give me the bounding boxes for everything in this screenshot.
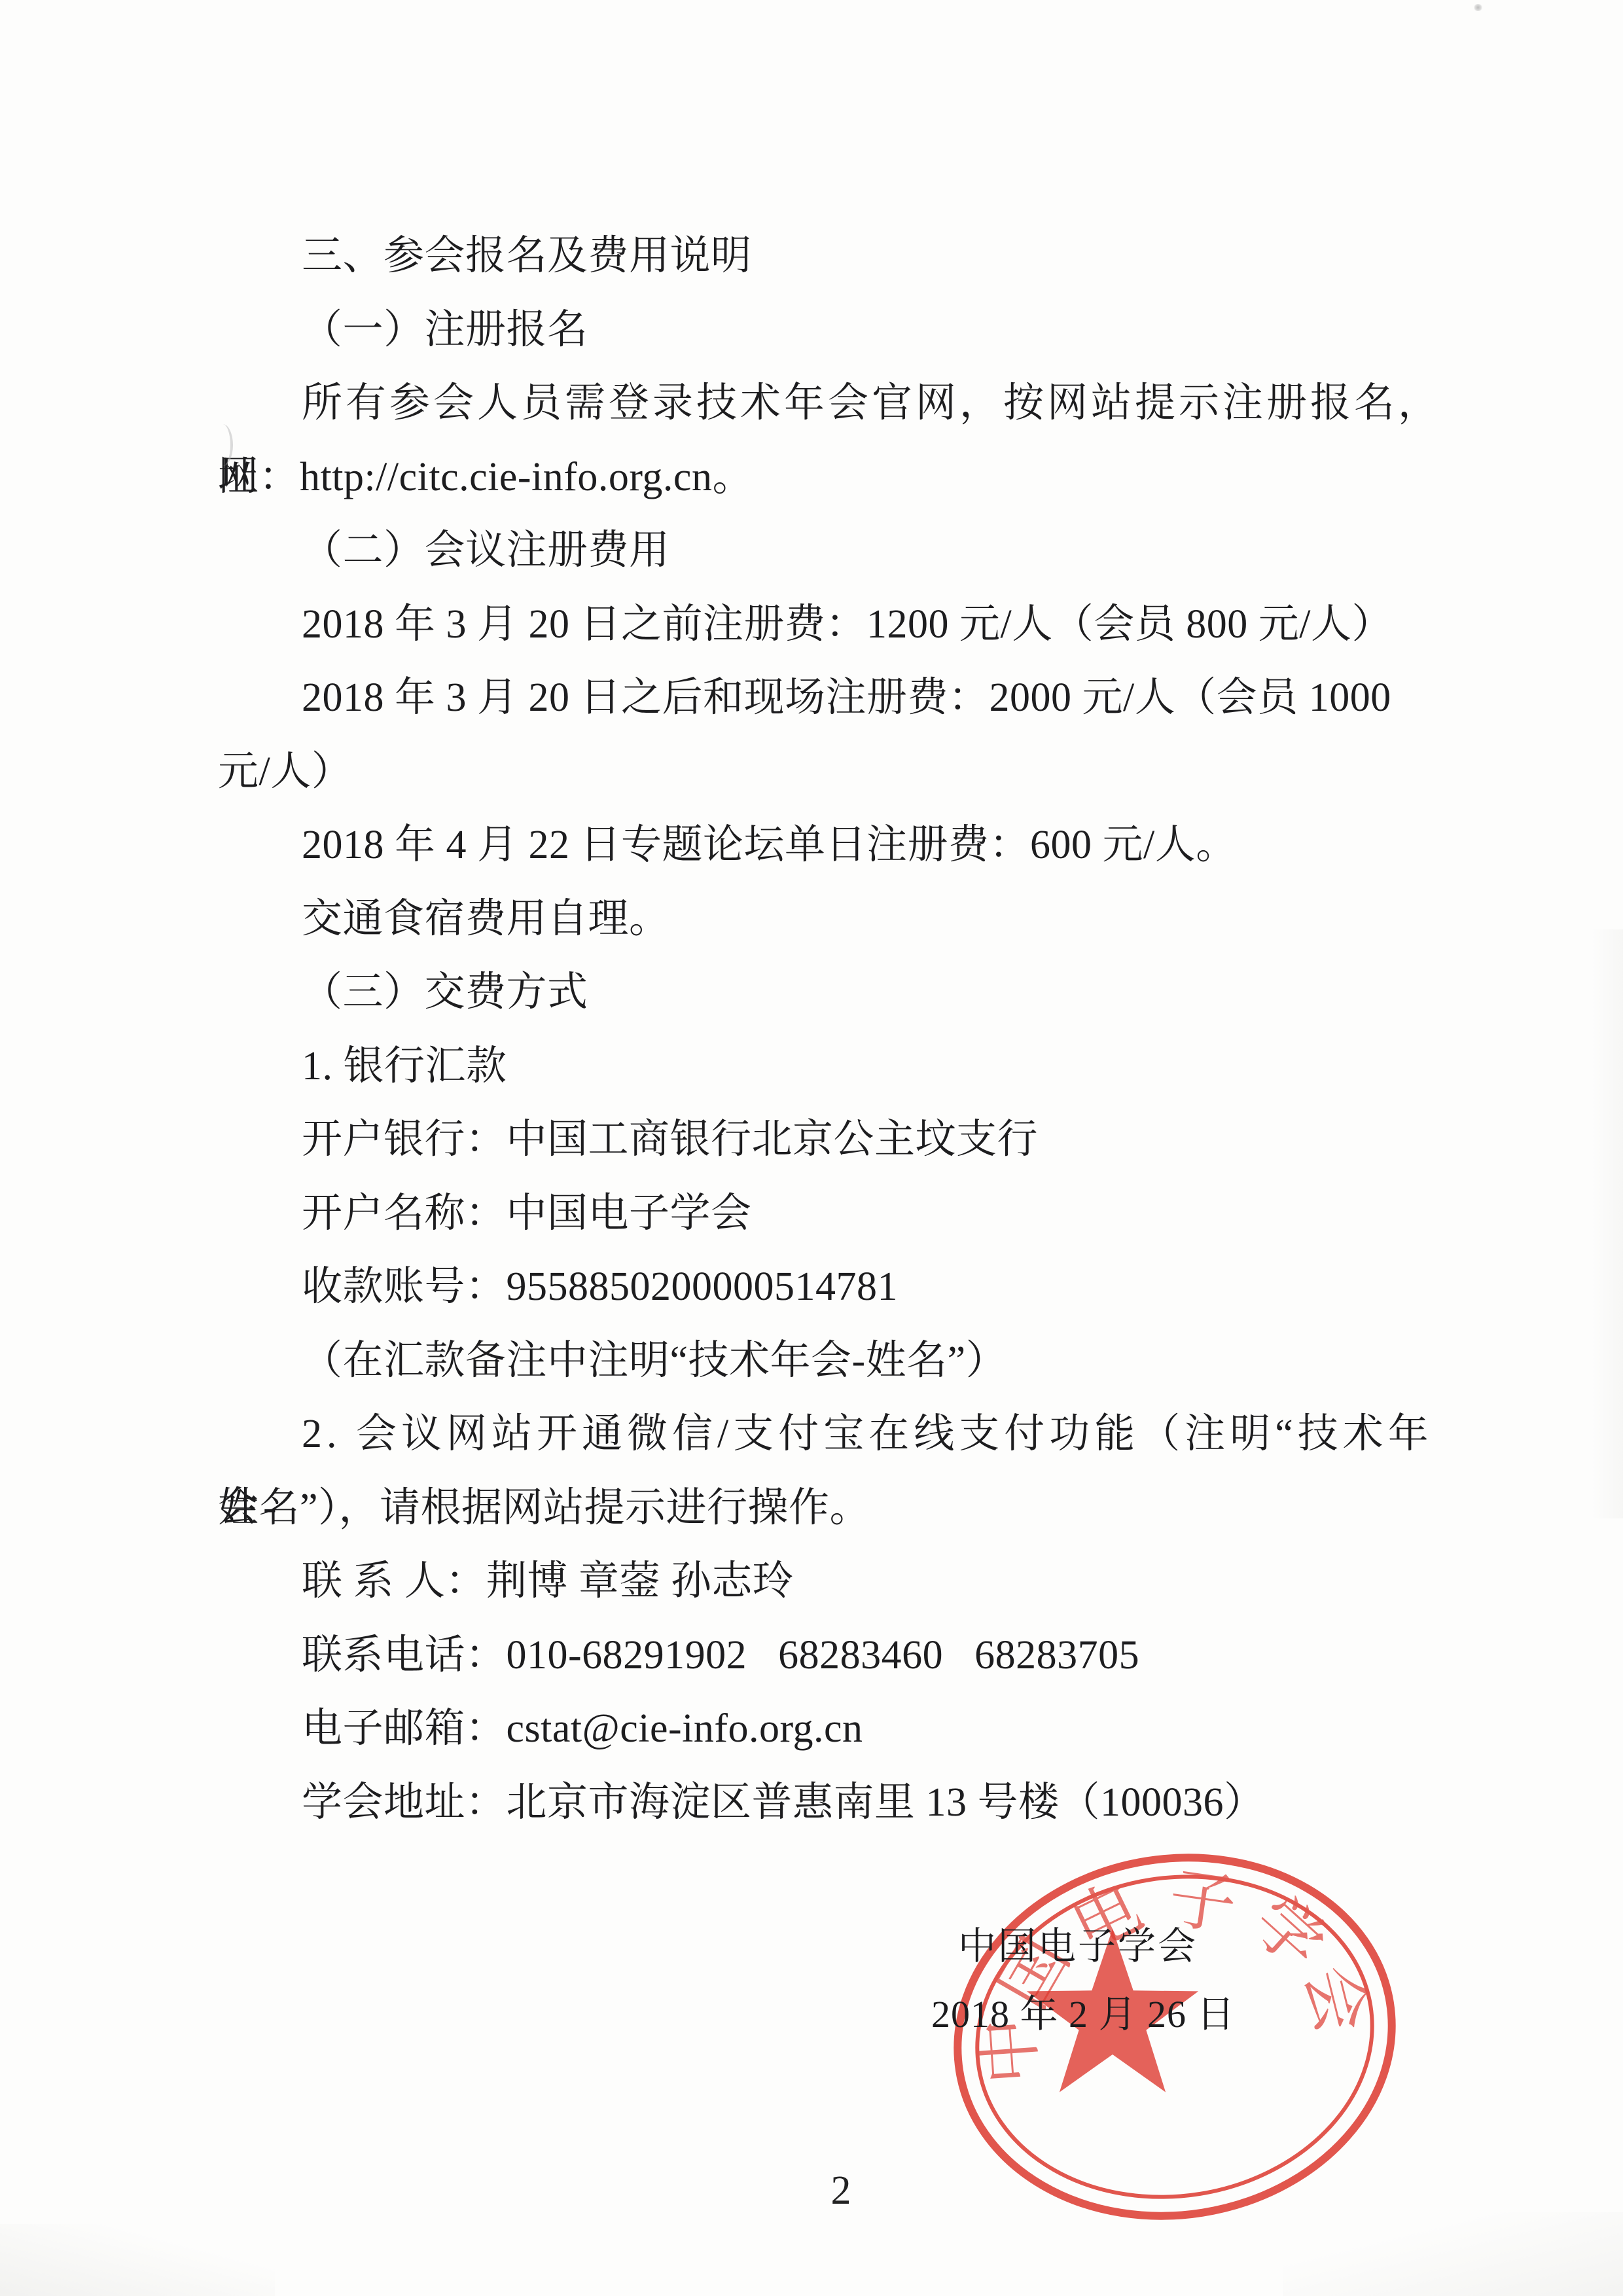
- contact-person-line: 联 系 人：荆博 章蓥 孙志玲: [218, 1545, 1482, 1618]
- seal-icon: 中 国 电 子 学 会: [903, 1806, 1433, 2265]
- page-number: 2: [818, 2168, 864, 2214]
- stamp-org-name: 中国电子学会: [958, 1926, 1198, 1967]
- text-line-url: 址：http://citc.cie-info.org.cn。: [218, 440, 1482, 514]
- official-stamp: 中 国 电 子 学 会 中国电子学会 2018 年 2 月 26 日: [903, 1806, 1433, 2265]
- stamp-date: 2018 年 2 月 26 日: [931, 1994, 1236, 2036]
- sub-heading: （一）注册报名: [218, 293, 1482, 367]
- contact-phone-line: 联系电话：010-68291902 68283460 68283705: [218, 1619, 1482, 1692]
- scan-smudge: [0, 2224, 275, 2296]
- text-line: 姓名”），请根据网站提示进行操作。: [218, 1471, 1482, 1545]
- section-heading: 三、参会报名及费用说明: [218, 219, 1482, 293]
- remark-line: （在汇款备注中注明“技术年会-姓名”）: [218, 1324, 1482, 1397]
- scan-dot-artifact: [1474, 4, 1482, 11]
- scan-smudge: [1584, 929, 1623, 1518]
- account-name-line: 开户名称：中国电子学会: [218, 1177, 1482, 1250]
- text-line: 2018 年 3 月 20 日之前注册费：1200 元/人（会员 800 元/人…: [218, 588, 1482, 661]
- account-number-line: 收款账号：9558850200000514781: [218, 1250, 1482, 1323]
- sub-heading: （三）交费方式: [218, 956, 1482, 1029]
- scanned-document-page: 三、参会报名及费用说明 （一）注册报名 所有参会人员需登录技术年会官网，按网站提…: [0, 0, 1623, 2296]
- text-line: 2018 年 4 月 22 日专题论坛单日注册费：600 元/人。: [218, 808, 1482, 882]
- text-line: 元/人）: [218, 735, 1482, 808]
- text-line: 2018 年 3 月 20 日之后和现场注册费：2000 元/人（会员 1000: [218, 661, 1482, 734]
- contact-email-line: 电子邮箱：cstat@cie-info.org.cn: [218, 1692, 1482, 1765]
- sub-heading: （二）会议注册费用: [218, 514, 1482, 587]
- list-item: 1. 银行汇款: [218, 1030, 1482, 1103]
- text-line: 交通食宿费用自理。: [218, 882, 1482, 956]
- bank-name-line: 开户银行：中国工商银行北京公主坟支行: [218, 1103, 1482, 1176]
- seal-arc-char: 会: [1291, 1958, 1379, 2041]
